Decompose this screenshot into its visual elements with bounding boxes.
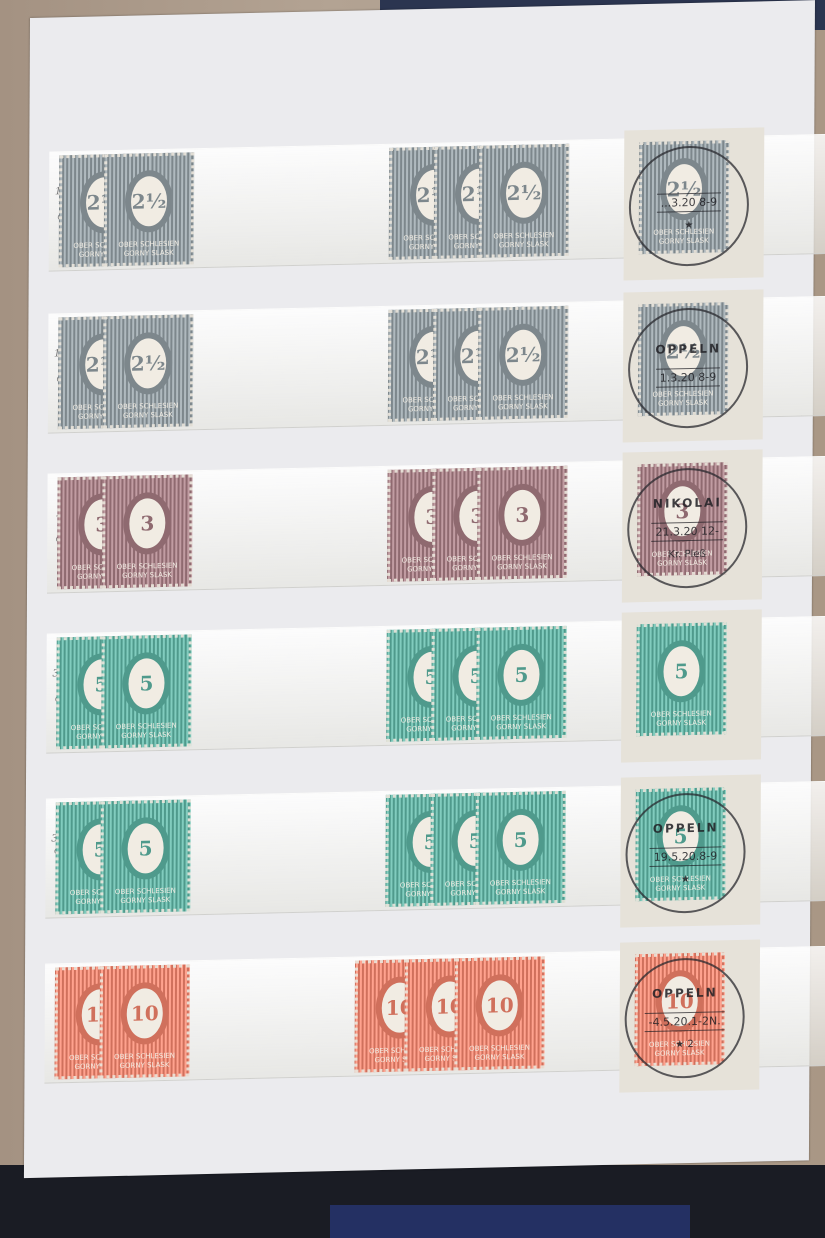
stamp-value: 10	[476, 974, 524, 1037]
stamp-value: 5	[497, 643, 545, 706]
stamp-inscription: OBER SCHLESIEN GORNY SLASK	[480, 878, 560, 898]
stamp-value: 5	[657, 640, 705, 703]
stamp: 5OBER SCHLESIEN GORNY SLASK	[475, 791, 566, 905]
postmark-date: 19.5.20.8-9	[650, 846, 722, 867]
postmark-date: 1.3.20 8-9	[656, 367, 721, 387]
stamp-value: 3	[123, 492, 171, 555]
stamp-value: 5	[496, 808, 544, 871]
stamp-inscription: OBER SCHLESIEN GORNY SLASK	[105, 886, 185, 906]
stamp-inscription: OBER SCHLESIEN GORNY SLASK	[459, 1043, 539, 1063]
stamp: 5OBER SCHLESIEN GORNY SLASK	[100, 799, 191, 913]
postmark-town: OPPELN	[653, 820, 719, 835]
stamp-inscription: OBER SCHLESIEN GORNY SLASK	[482, 553, 562, 573]
stamp-value: 2½	[124, 332, 172, 395]
stamp: 10OBER SCHLESIEN GORNY SLASK	[454, 956, 545, 1070]
stamp-inscription: OBER SCHLESIEN GORNY SLASK	[109, 239, 189, 259]
stamp-inscription: OBER SCHLESIEN GORNY SLASK	[483, 393, 563, 413]
postmark-sub: ★	[681, 874, 690, 885]
postmark-date: 21.3.20 12-	[651, 521, 723, 542]
stamp-value: 2½	[500, 161, 548, 224]
postmark-sub: ★	[684, 220, 693, 231]
postmark-date: -4.5.20.1-2N.	[645, 1011, 725, 1032]
stamp-inscription: OBER SCHLESIEN GORNY SLASK	[484, 231, 564, 251]
stamp-value: 2½	[125, 170, 173, 233]
stamp-value: 3	[498, 483, 546, 546]
stamp-inscription: OBER SCHLESIEN GORNY SLASK	[641, 709, 721, 729]
stamp-value: 2½	[499, 323, 547, 386]
postmark-sub: ★ 2	[675, 1039, 694, 1050]
stamp-inscription: OBER SCHLESIEN GORNY SLASK	[107, 561, 187, 581]
stamp: 3OBER SCHLESIEN GORNY SLASK	[477, 466, 568, 580]
stamp-inscription: OBER SCHLESIEN GORNY SLASK	[104, 1052, 184, 1072]
stamp: 5OBER SCHLESIEN GORNY SLASK	[476, 626, 567, 740]
stamp-value: 10	[121, 982, 169, 1045]
stamp-inscription: OBER SCHLESIEN GORNY SLASK	[108, 401, 188, 421]
stamp: 5OBER SCHLESIEN GORNY SLASK	[636, 622, 727, 736]
stamp: 2½OBER SCHLESIEN GORNY SLASK	[104, 152, 195, 266]
stamp: 2½OBER SCHLESIEN GORNY SLASK	[103, 314, 194, 428]
album-page: 1a * ⊙2½OBER SCHLESIEN GORNY SLASK2½OBER…	[24, 0, 815, 1178]
stamp-value: 5	[121, 817, 169, 880]
stamp-inscription: OBER SCHLESIEN GORNY SLASK	[481, 713, 561, 733]
stamp-value: 5	[122, 652, 170, 715]
stamp: 10OBER SCHLESIEN GORNY SLASK	[99, 964, 190, 1078]
postmark-town: OPPELN	[655, 341, 721, 356]
album-binder-bottom	[0, 1165, 825, 1238]
postmark-sub: Kr. Pleß	[668, 549, 705, 561]
stamp-inscription: OBER SCHLESIEN GORNY SLASK	[106, 721, 186, 741]
postmark-date: ...3.20 8-9	[657, 192, 722, 212]
stamp: 2½OBER SCHLESIEN GORNY SLASK	[478, 306, 569, 420]
postmark-town: OPPELN	[652, 985, 718, 1000]
stamp: 5OBER SCHLESIEN GORNY SLASK	[101, 634, 192, 748]
stamp: 3OBER SCHLESIEN GORNY SLASK	[102, 474, 193, 588]
postmark-town: NIKOLAI	[653, 495, 722, 511]
stamp: 2½OBER SCHLESIEN GORNY SLASK	[479, 144, 570, 258]
